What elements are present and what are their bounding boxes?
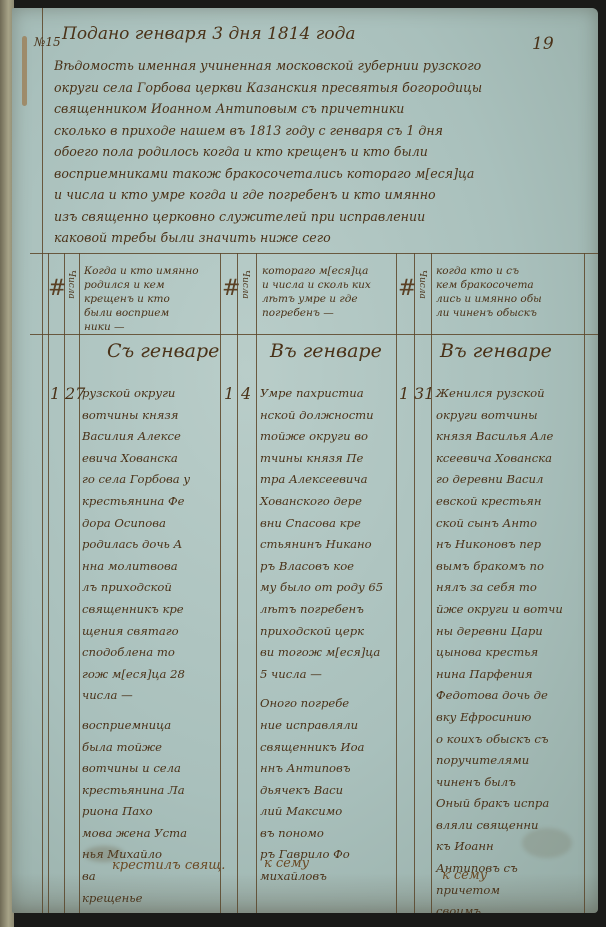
marriage-entry-day: 31 [414,384,434,403]
col-rule [256,253,257,913]
intro-line: восприемниками також бракосочетались кот… [54,168,594,190]
intro-line: каковой требы были значить ниже сего [54,232,594,254]
margin-stain [22,36,27,106]
col-rule [220,253,221,913]
ink-blot [522,828,572,858]
col-rule [79,253,80,913]
intro-line: обоего пола родилось когда и кто крещенъ… [54,146,594,168]
intro-line: изъ священно церковно служителей при исп… [54,211,594,233]
month-heading-deaths: Въ генваре [270,340,382,362]
col-rule [414,253,415,913]
header-day-col1: Числа [66,270,76,299]
col-rule [431,253,432,913]
folio-number: 19 [532,36,554,53]
death-entry-text: Умре пахристиа нской должности тойже окр… [260,386,383,891]
intro-line: священником Иоанном Антиповым съ причетн… [54,103,594,125]
col-rule [396,253,397,913]
header-day-col2: Числа [240,270,250,299]
margin-rule [42,8,43,913]
header-number-col2: # [222,276,240,301]
table-top-rule [30,253,598,254]
intro-line: и числа и кто умре когда и где погребенъ… [54,189,594,211]
header-marriages: когда кто и съ кем бракосочета лись и им… [436,264,542,320]
header-deaths: котораго м[еся]ца и числа и сколь ких лѣ… [262,264,371,320]
death-entry-number: 1 [224,384,234,403]
intro-line: сколько в приходе нашем въ 1813 году с г… [54,125,594,147]
intro-line: округи села Горбова церкви Казанския пре… [54,82,594,104]
entry-number: №15 [34,36,61,48]
birth-signature: крестилъ свящ. [112,858,225,873]
birth-entry-text: рузской округи вотчины князя Василия Але… [82,386,190,912]
register-page: №15 Подано генваря 3 дня 1814 года 19 Вѣ… [12,8,598,913]
month-heading-births: Съ генваре [107,340,219,362]
document-intro: Вѣдомость именная учиненная московской г… [54,60,594,254]
header-births: Когда и кто имянно родился и кем крещенъ… [84,264,199,334]
death-entry-day: 4 [241,384,251,403]
header-number-col3: # [398,276,416,301]
marriage-entry-number: 1 [399,384,409,403]
birth-entry-number: 1 [50,384,60,403]
death-signature: к сему [264,856,309,871]
col-rule [584,253,585,913]
header-number-col1: # [48,276,66,301]
month-heading-marriages: Въ генваре [440,340,552,362]
col-rule [64,253,65,913]
intro-line: Вѣдомость именная учиненная московской г… [54,60,594,82]
ink-blot [84,846,124,862]
header-day-col3: Числа [417,270,427,299]
col-rule [48,253,49,913]
header-bottom-rule [30,334,598,335]
submitted-date-line: Подано генваря 3 дня 1814 года [62,26,355,43]
col-rule [237,253,238,913]
marriage-signature: к сему [442,868,487,883]
